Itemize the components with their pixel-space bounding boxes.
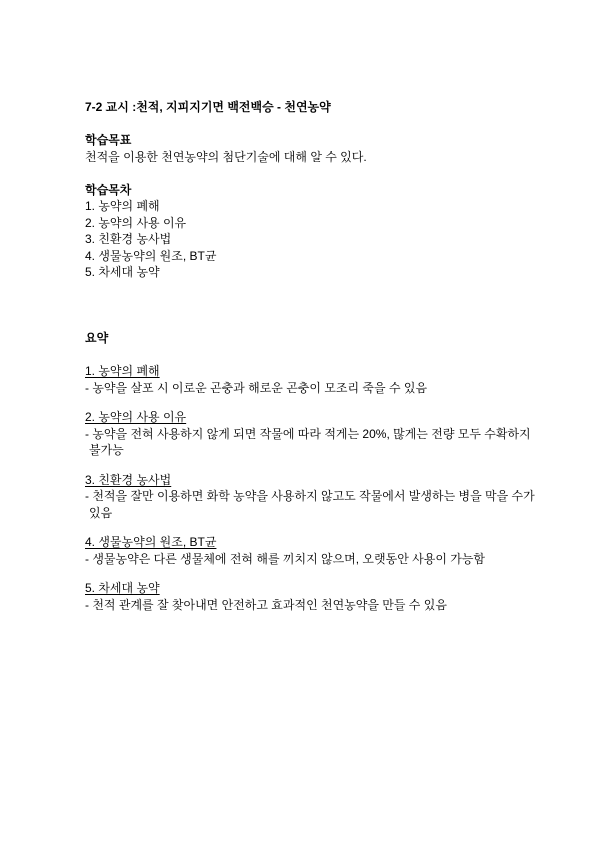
summary-heading: 요약 xyxy=(85,330,535,347)
summary-section-3-title: 3. 친환경 농사법 xyxy=(85,472,535,489)
summary-section-1-line-1: - 농약을 살포 시 이로운 곤충과 해로운 곤충이 모조리 죽을 수 있음 xyxy=(85,380,535,397)
contents-heading: 학습목차 xyxy=(85,182,535,199)
summary-section-2-title: 2. 농약의 사용 이유 xyxy=(85,409,535,426)
summary-section-3-line-1: - 천적을 잘만 이용하면 화학 농약을 사용하지 않고도 작물에서 발생하는 … xyxy=(85,488,535,505)
summary-section-4-line-1: - 생물농약은 다른 생물체에 전혀 해를 끼치지 않으며, 오랫동안 사용이 … xyxy=(85,551,535,568)
contents-item-1: 1. 농약의 폐해 xyxy=(85,198,535,215)
contents-item-3: 3. 친환경 농사법 xyxy=(85,231,535,248)
document-page: 7-2 교시 :천적, 지피지기면 백전백승 - 천연농약 학습목표 천적을 이… xyxy=(0,0,595,841)
contents-item-2: 2. 농약의 사용 이유 xyxy=(85,215,535,232)
lesson-title: 7-2 교시 :천적, 지피지기면 백전백승 - 천연농약 xyxy=(85,99,535,116)
contents-item-5: 5. 차세대 농약 xyxy=(85,264,535,281)
objective-heading: 학습목표 xyxy=(85,132,535,149)
contents-item-4: 4. 생물농약의 원조, BT균 xyxy=(85,248,535,265)
summary-section-3-line-2: 있음 xyxy=(85,505,535,522)
objective-body: 천적을 이용한 천연농약의 첨단기술에 대해 알 수 있다. xyxy=(85,149,535,166)
document-content: 7-2 교시 :천적, 지피지기면 백전백승 - 천연농약 학습목표 천적을 이… xyxy=(85,99,535,613)
summary-section-2-line-2: 불가능 xyxy=(85,442,535,459)
summary-section-1-title: 1. 농약의 폐해 xyxy=(85,363,535,380)
summary-section-5-line-1: - 천적 관계를 잘 찾아내면 안전하고 효과적인 천연농약을 만들 수 있음 xyxy=(85,597,535,614)
summary-section-2-line-1: - 농약을 전혀 사용하지 않게 되면 작물에 따라 적게는 20%, 많게는 … xyxy=(85,426,535,443)
summary-section-5-title: 5. 차세대 농약 xyxy=(85,580,535,597)
summary-section-4-title: 4. 생물농약의 원조, BT균 xyxy=(85,534,535,551)
